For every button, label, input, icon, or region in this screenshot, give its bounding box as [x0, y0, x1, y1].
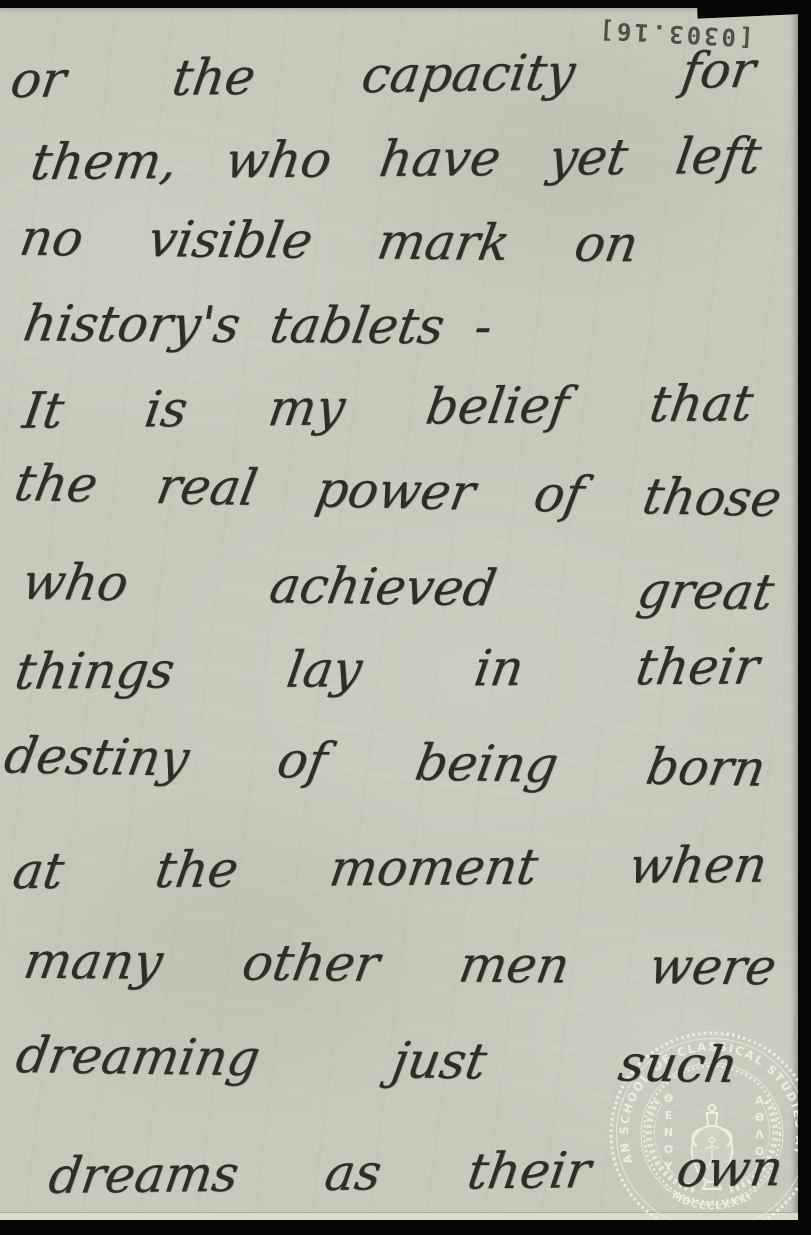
handwriting-line-10: at the moment when [9, 838, 770, 900]
handwriting-line-9: destiny of being born [0, 728, 769, 796]
handwriting-line-7: who achieved great [18, 555, 778, 620]
letter-page: [0303.16] [0, 8, 798, 1220]
handwriting-line-4: history's tablets - [20, 296, 497, 354]
handwriting-line-8: things lay in their [11, 639, 762, 699]
handwriting-line-2: them, who have yet left [27, 129, 764, 190]
handwriting-line-5: It is my belief that [19, 376, 756, 439]
handwriting-line-11: many other men were [20, 934, 780, 996]
handwriting-line-3: no visible mark on [16, 211, 642, 272]
handwriting-line-1: or the capacity for [7, 43, 759, 108]
handwriting-line-12: dreaming just such [12, 1028, 742, 1093]
handwriting-line-13: dreams as their own [45, 1141, 786, 1204]
handwriting-line-6: the real power of those [10, 456, 785, 527]
